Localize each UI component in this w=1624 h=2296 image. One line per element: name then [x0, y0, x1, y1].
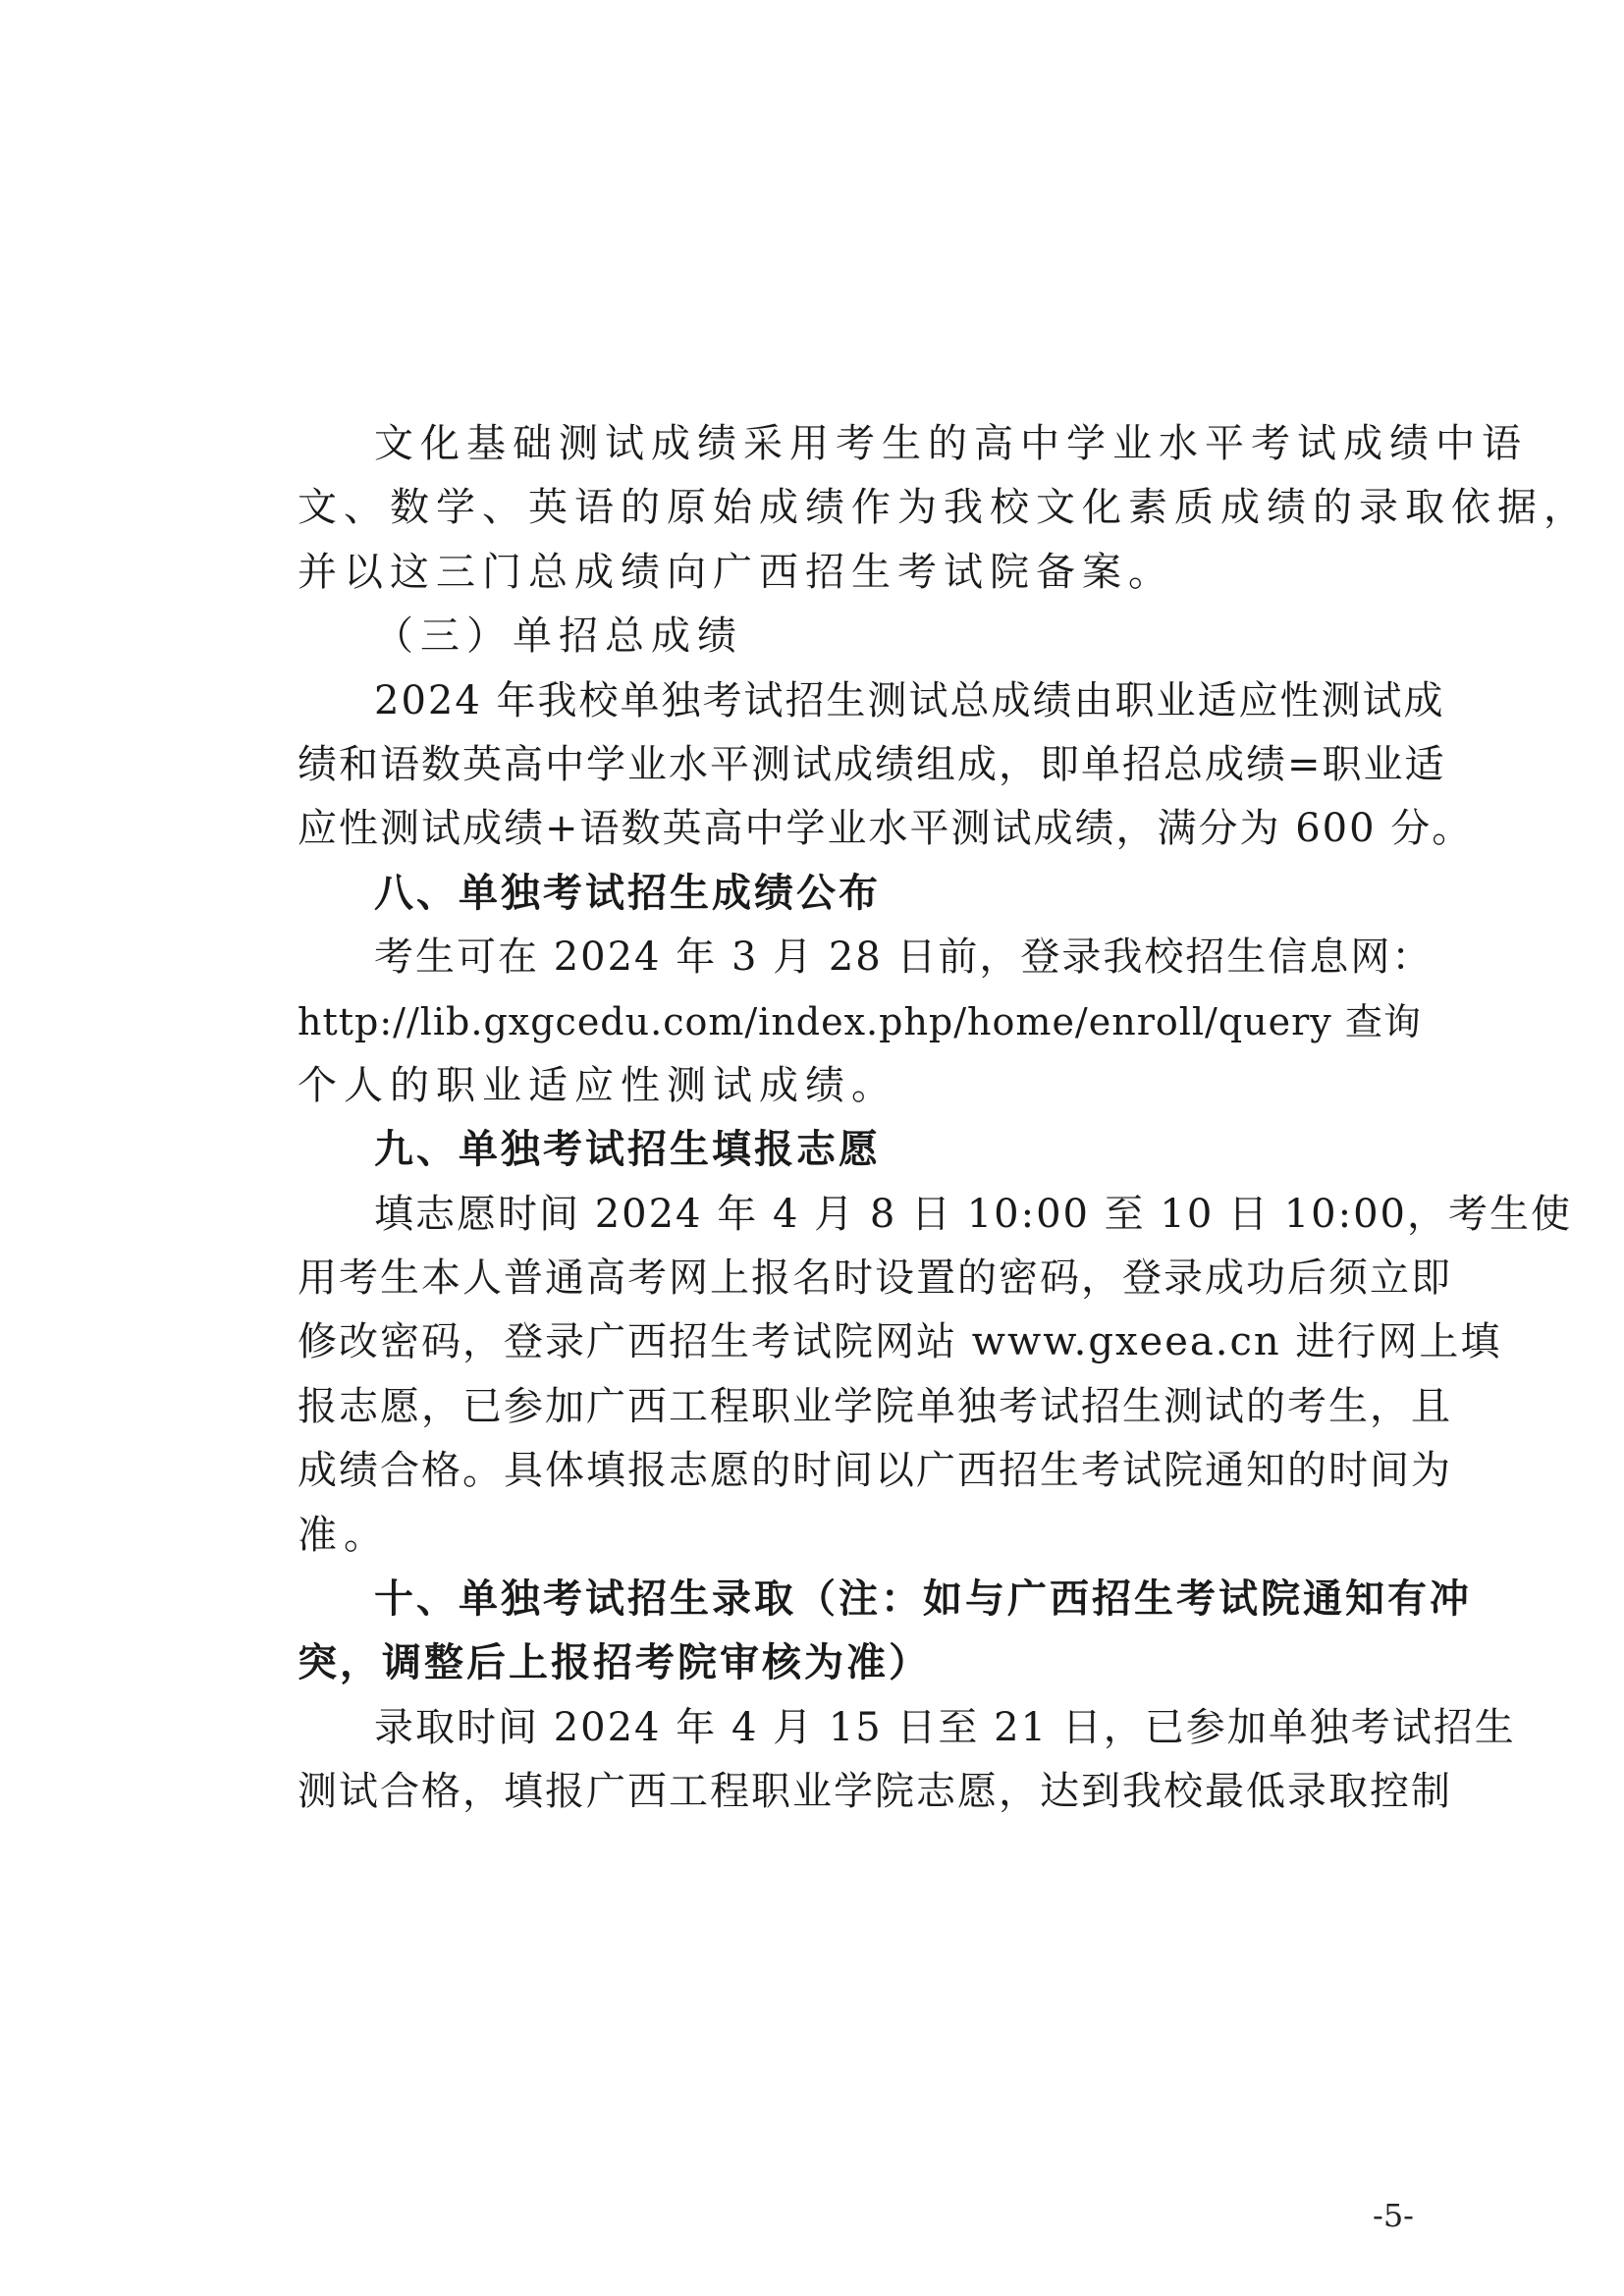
paragraph-total-score-line-1: 2024 年我校单独考试招生测试总成绩由职业适应性测试成: [298, 669, 1340, 733]
paragraph-score-release-url-line: http://lib.gxgcedu.com/index.php/home/en…: [298, 990, 1340, 1054]
heading-section-10-admission-cont: 突，调整后上报招考院审核为准）: [298, 1631, 1340, 1695]
paragraph-admission-line-1: 录取时间 2024 年 4 月 15 日至 21 日，已参加单独考试招生: [298, 1696, 1340, 1760]
paragraph-culture-score-line-3: 并以这三门总成绩向广西招生考试院备案。: [298, 541, 1340, 605]
paragraph-application-line-5: 成绩合格。具体填报志愿的时间以广西招生考试院通知的时间为: [298, 1439, 1340, 1503]
heading-section-8-score-release: 八、单独考试招生成绩公布: [298, 862, 1340, 926]
paragraph-application-line-6: 准。: [298, 1504, 1340, 1568]
document-page: 文化基础测试成绩采用考生的高中学业水平考试成绩中语 文、数学、英语的原始成绩作为…: [0, 0, 1624, 2296]
paragraph-application-line-4: 报志愿，已参加广西工程职业学院单独考试招生测试的考生，且: [298, 1375, 1340, 1439]
paragraph-culture-score-line-1: 文化基础测试成绩采用考生的高中学业水平考试成绩中语: [298, 412, 1340, 476]
paragraph-admission-line-2: 测试合格，填报广西工程职业学院志愿，达到我校最低录取控制: [298, 1760, 1340, 1824]
paragraph-total-score-line-3: 应性测试成绩+语数英高中学业水平测试成绩，满分为 600 分。: [298, 797, 1340, 861]
paragraph-application-line-2: 用考生本人普通高考网上报名时设置的密码，登录成功后须立即: [298, 1247, 1340, 1310]
paragraph-application-line-3: 修改密码，登录广西招生考试院网站 www.gxeea.cn 进行网上填: [298, 1310, 1340, 1374]
paragraph-total-score-line-2: 绩和语数英高中学业水平测试成绩组成，即单招总成绩=职业适: [298, 733, 1340, 797]
heading-section-9-application: 九、单独考试招生填报志愿: [298, 1118, 1340, 1182]
page-number: -5-: [1373, 2197, 1414, 2234]
subheading-total-score: （三）单招总成绩: [298, 605, 1340, 668]
paragraph-application-line-1: 填志愿时间 2024 年 4 月 8 日 10:00 至 10 日 10:00，…: [298, 1183, 1340, 1247]
document-body: 文化基础测试成绩采用考生的高中学业水平考试成绩中语 文、数学、英语的原始成绩作为…: [298, 412, 1340, 1825]
paragraph-culture-score-line-2: 文、数学、英语的原始成绩作为我校文化素质成绩的录取依据，: [298, 476, 1340, 540]
paragraph-score-release-line-3: 个人的职业适应性测试成绩。: [298, 1054, 1340, 1118]
paragraph-score-release-line-1: 考生可在 2024 年 3 月 28 日前，登录我校招生信息网：: [298, 926, 1340, 989]
heading-section-10-admission: 十、单独考试招生录取（注：如与广西招生考试院通知有冲: [298, 1568, 1340, 1631]
